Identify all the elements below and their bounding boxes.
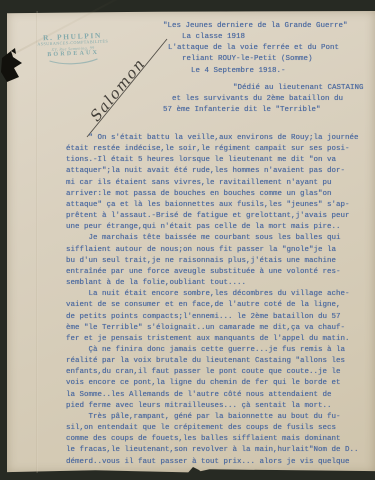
typed-line: réalité par la voix brutale du lieutenan… <box>66 356 366 367</box>
typed-line: vaient de se consumer et en face,de l'au… <box>66 300 366 311</box>
typed-line: comme des coups de fouets,les balles sif… <box>66 434 366 445</box>
dedication-line: 57 ème Infanterie dit le "Terrible" <box>163 105 375 116</box>
typed-line: tions.-Il était 5 heures lorsque le lieu… <box>66 155 366 166</box>
title-line: Le 4 Septembre 1918.- <box>191 66 375 77</box>
typed-line: arriver:le mot passa de bouches en bouch… <box>66 189 366 200</box>
typed-line: enfants,du cran,il faut passer le pont c… <box>66 367 366 378</box>
typed-line: bu d'un seul trait,je ne raisonnais plus… <box>66 256 366 267</box>
dedication-line: "Dédié au lieutenant CASTAING <box>233 83 375 94</box>
typed-line: mi car ils étaient sans vivres,le ravita… <box>66 178 366 189</box>
typed-line: semblant à de la folie,oubliant tout.... <box>66 278 366 289</box>
typed-line: attaquer";la nuit avait été rude,les hom… <box>66 166 366 177</box>
typed-line: fer et je pensais tristement aux manquan… <box>66 334 366 345</box>
typed-line: de petits points compacts;l'ennemi... le… <box>66 312 366 323</box>
typed-line: ème "le Terrible" s'éloignait..un camara… <box>66 323 366 334</box>
typed-line: sifflaient autour de nous;on nous fit pa… <box>66 245 366 256</box>
typed-line: vois encore ce pont,la ligne du chemin d… <box>66 378 366 389</box>
typed-line: le fracas,le lieutenant,son revolver à l… <box>66 445 366 456</box>
title-line: "Les Jeunes derniere de la Grande Guerre… <box>163 21 375 32</box>
scanned-document-photo: R. PHULPIN ASSURANCES-COMPTABILITÉS XV, … <box>0 0 375 480</box>
dedication-line: et les survivants du 2ème bataillon du <box>172 94 375 105</box>
typed-line: prêtent à l'assaut.-Brisé de fatigue et … <box>66 211 366 222</box>
typed-line: Très pâle,rampant, géné par la baionnett… <box>66 412 366 423</box>
title-line: reliant ROUY-le-Petit (Somme) <box>182 54 375 65</box>
title-line: La classe 1918 <box>182 32 375 43</box>
typed-line: Çà ne finira donc jamais cette guerre...… <box>66 345 366 356</box>
typed-line: était restée indécise,le soir,le régimen… <box>66 144 366 155</box>
typed-line: pied ferme avec leurs mitrailleuses... ç… <box>66 401 366 412</box>
typed-line: La nuit était encore sombre,les décombre… <box>66 289 366 300</box>
typed-line: Je marchais tête baissée me courbant sou… <box>66 233 366 244</box>
typed-line: démerd..vous il faut passer à tout prix.… <box>66 457 366 468</box>
typed-line: une peur étrange,qui n'était pas celle d… <box>66 222 366 233</box>
typed-line: la Somme..les Allemands de l'autre côté … <box>66 390 366 401</box>
typed-title-block: "Les Jeunes derniere de la Grande Guerre… <box>0 21 375 116</box>
typed-body-text: " On s'était battu la veille,aux environ… <box>66 133 366 468</box>
typed-line: sil,on entendait que le crépitement des … <box>66 423 366 434</box>
typed-line: attaque" ça et là les baionnettes aux fu… <box>66 200 366 211</box>
title-line: L'attaque de la voie ferrée et du Pont <box>168 43 375 54</box>
typed-line: " On s'était battu la veille,aux environ… <box>66 133 366 144</box>
typed-line: entraînée par une force aveugle substitu… <box>66 267 366 278</box>
